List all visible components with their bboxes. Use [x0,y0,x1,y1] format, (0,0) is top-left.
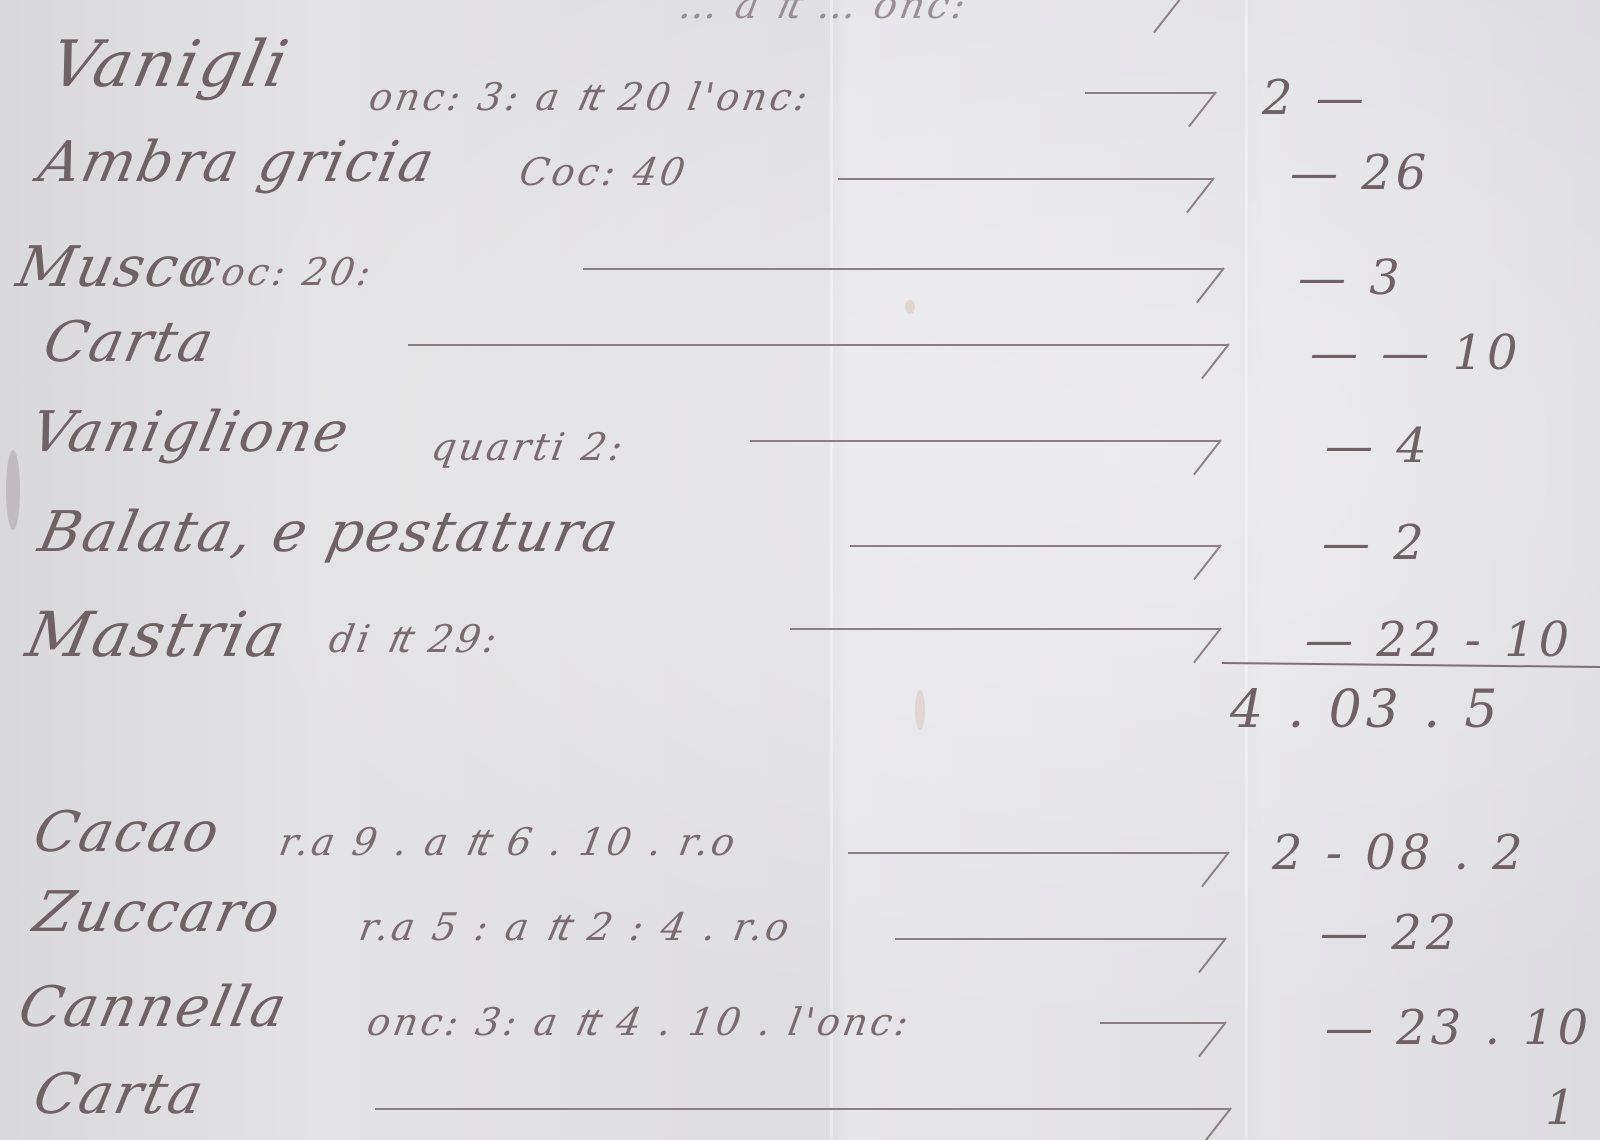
entry-detail: Coc: 40 [516,150,691,194]
leader-line [838,178,1213,180]
paper-fold [830,0,833,1140]
leader-line [408,344,1228,346]
paper-fold [1245,0,1248,1140]
paper-stain [6,450,20,530]
entry-detail: quarti 2: [428,425,629,469]
entry-item: Cannella [13,975,294,1040]
leader-line [850,545,1220,547]
entry-amount: — 4 [1325,418,1431,474]
leader-line [848,852,1228,854]
paper-stain [905,300,915,314]
section-total: 4 . 03 . 5 [1230,680,1502,740]
entry-detail: r.a 5 : a ₶ 2 : 4 . r.o [355,900,796,952]
entry-item: Carta [38,310,221,375]
leader-line [375,1108,1230,1110]
leader-line [895,938,1225,940]
entry-detail: r.a 9 . a ₶ 6 . 10 . r.o [275,815,742,867]
entry-amount: — 3 [1298,250,1404,306]
entry-detail: onc: 3: a ₶ 20 l'onc: [365,70,815,122]
leader-line [583,268,1223,270]
entry-amount: — — 10 [1310,325,1522,381]
entry-detail: Coc: 20: [186,250,377,294]
entry-item: Vaniglione [25,400,356,465]
entry-amount: — 26 [1290,145,1430,201]
leader-line [790,628,1220,630]
entry-amount: — 23 . 10 [1325,1000,1592,1056]
entry-detail: di ₶ 29: [325,612,504,664]
entry-amount: 1 [1545,1080,1580,1136]
entry-amount: — 22 - 10 [1305,612,1573,668]
entry-item: Cacao [28,800,227,865]
paper-stain [915,690,925,730]
entry-item: Vanigli [44,28,296,102]
entry-amount: — 2 [1322,515,1428,571]
top-fragment-text: … a ₶ … onc: [675,0,972,30]
entry-item: Balata, e pestatura [33,500,625,565]
leader-line [1100,1022,1225,1024]
entry-item: Mastria [20,598,293,671]
entry-amount: — 22 [1320,905,1460,961]
entry-detail: onc: 3: a ₶ 4 . 10 . l'onc: [363,995,915,1047]
leader-line [750,440,1220,442]
entry-amount: 2 — [1262,70,1368,126]
entry-item: Ambra gricia [33,130,441,195]
manuscript-page: … a ₶ … onc: Vanigli onc: 3: a ₶ 20 l'on… [0,0,1600,1140]
entry-amount: 2 - 08 . 2 [1272,825,1527,881]
leader-line [1085,92,1215,94]
entry-item: Carta [28,1062,211,1127]
entry-item: Zuccaro [28,880,287,945]
